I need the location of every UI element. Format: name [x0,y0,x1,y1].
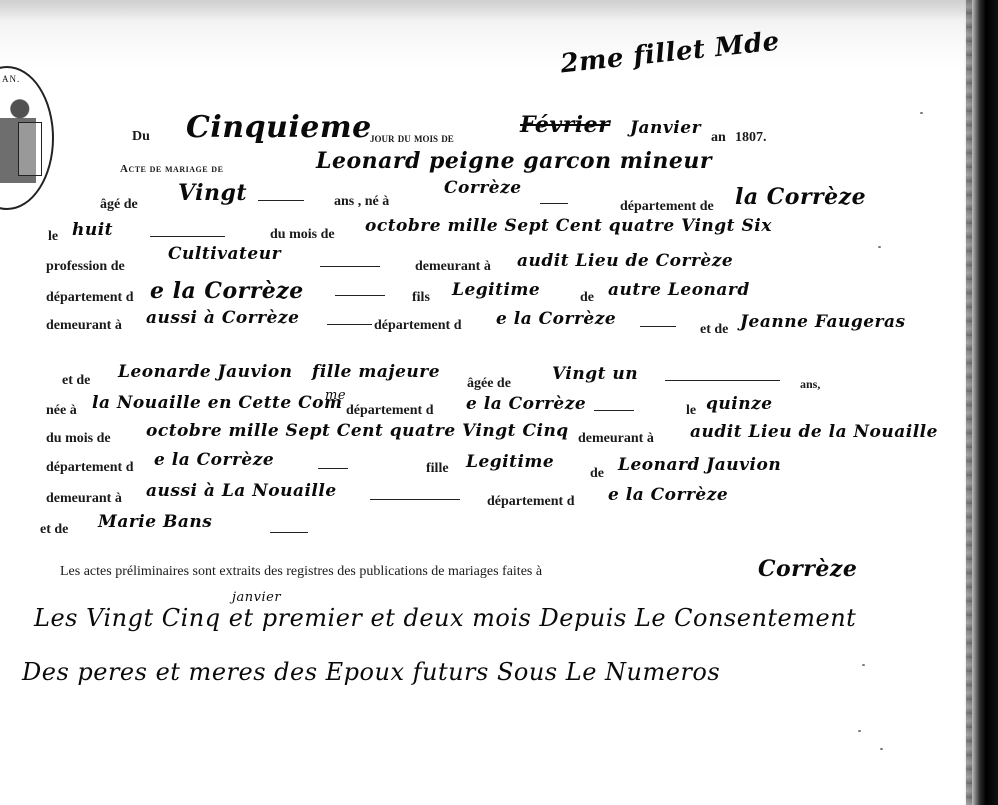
document-page: AN. 2me fillet Mde Du Cinquieme jour du … [0,0,998,805]
bride-birthplace: la Nouaille en Cette Com [92,393,343,413]
bride-age: Vingt un [552,364,638,384]
label-departement: département d [46,460,134,476]
label-acte-de-mariage: Acte de mariage de [120,163,223,175]
label-le: le [686,403,696,419]
bride-birth-day: quinze [706,394,773,414]
label-fille: fille [426,461,449,477]
bride-name: Leonarde Jauvion [118,362,293,382]
fill-line [640,326,676,327]
bride-father: Leonard Jauvion [618,455,781,475]
fill-line [594,410,634,411]
label-agee-de: âgée de [467,376,511,392]
fill-line [540,203,568,204]
official-seal-stamp: AN. [0,66,54,210]
label-du-mois-de: du mois de [46,431,111,447]
label-du-mois-de: du mois de [270,227,335,243]
label-du: Du [132,129,150,145]
bride-father-residence: aussi à La Nouaille [146,481,337,501]
groom-age: Vingt [178,180,247,206]
label-et-de: et de [700,322,728,338]
label-demeurant: demeurant à [46,491,122,507]
fill-line [370,499,460,500]
bride-residence: audit Lieu de la Nouaille [690,422,938,442]
fill-line [327,324,372,325]
month-struck: Février [520,112,610,138]
preliminaries-line-1: Les Vingt Cinq et premier et deux mois D… [34,604,856,632]
label-an: an [711,130,726,146]
bride-legitimacy: Legitime [466,452,554,472]
groom-mother: Jeanne Faugeras [740,312,906,332]
groom-father: autre Leonard [608,280,750,300]
label-de: de [590,466,604,482]
fill-line [335,295,385,296]
bride-birthplace-note: me [325,388,346,403]
label-departement: département d [374,318,462,334]
bride-departement-2: e la Corrèze [154,450,274,470]
fill-line [318,468,348,469]
label-le: le [48,229,58,245]
groom-birth-day: huit [72,220,113,240]
preliminaries-insertion: janvier [232,590,281,605]
bride-departement-3: e la Corrèze [608,485,728,505]
preliminaries-printed-text: Les actes préliminaires sont extraits de… [60,564,542,580]
fill-line [320,266,380,267]
label-age-de: âgé de [100,197,138,213]
shield-icon [18,122,42,176]
binding-texture [966,0,972,805]
fill-line [258,200,304,201]
label-de: de [580,290,594,306]
label-departement: département d [346,403,434,419]
groom-name: Leonard peigne garcon mineur [316,148,712,174]
paper-speck [878,246,881,248]
paper-speck [862,664,865,666]
month-correction: Janvier [630,118,701,138]
groom-profession: Cultivateur [168,244,281,264]
label-departement: département d [487,494,575,510]
label-fils: fils [412,290,430,306]
preliminaries-line-2: Des peres et meres des Epoux futurs Sous… [22,658,720,686]
marriage-day: Cinquieme [186,110,372,145]
bride-departement: e la Corrèze [466,394,586,414]
margin-annotation: 2me fillet Mde [559,27,781,80]
label-jour-du-mois: jour du mois de [370,130,454,146]
groom-father-residence: aussi à Corrèze [146,308,299,328]
groom-birthplace: Corrèze [444,178,522,198]
label-departement: département d [46,290,134,306]
label-ans-ne-a: ans , né à [334,194,389,210]
fill-line [150,236,225,237]
paper-speck [920,112,923,114]
label-demeurant: demeurant à [415,259,491,275]
label-et-de: et de [40,522,68,538]
top-shadow [0,0,998,20]
fill-line [665,380,780,381]
label-demeurant: demeurant à [46,318,122,334]
groom-departement: la Corrèze [735,184,866,210]
label-nee-a: née à [46,403,77,419]
bride-mother: Marie Bans [98,512,212,532]
groom-departement-3: e la Corrèze [496,309,616,329]
label-et-de: et de [62,373,90,389]
groom-legitimacy: Legitime [452,280,540,300]
seal-text: AN. [2,74,20,84]
label-profession: profession de [46,259,125,275]
label-departement: département de [620,199,714,215]
bride-birth-month-year: octobre mille Sept Cent quatre Vingt Cin… [146,421,569,441]
paper-speck [858,730,861,732]
label-demeurant: demeurant à [578,431,654,447]
label-ans: ans, [800,377,820,392]
groom-birth-month-year: octobre mille Sept Cent quatre Vingt Six [365,216,772,236]
year: 1807. [735,130,767,146]
paper-speck [880,748,883,750]
groom-departement-2: e la Corrèze [150,278,304,304]
bride-status: fille majeure [312,362,440,382]
groom-residence: audit Lieu de Corrèze [517,251,733,271]
publication-place: Corrèze [758,556,857,582]
fill-line [270,532,308,533]
